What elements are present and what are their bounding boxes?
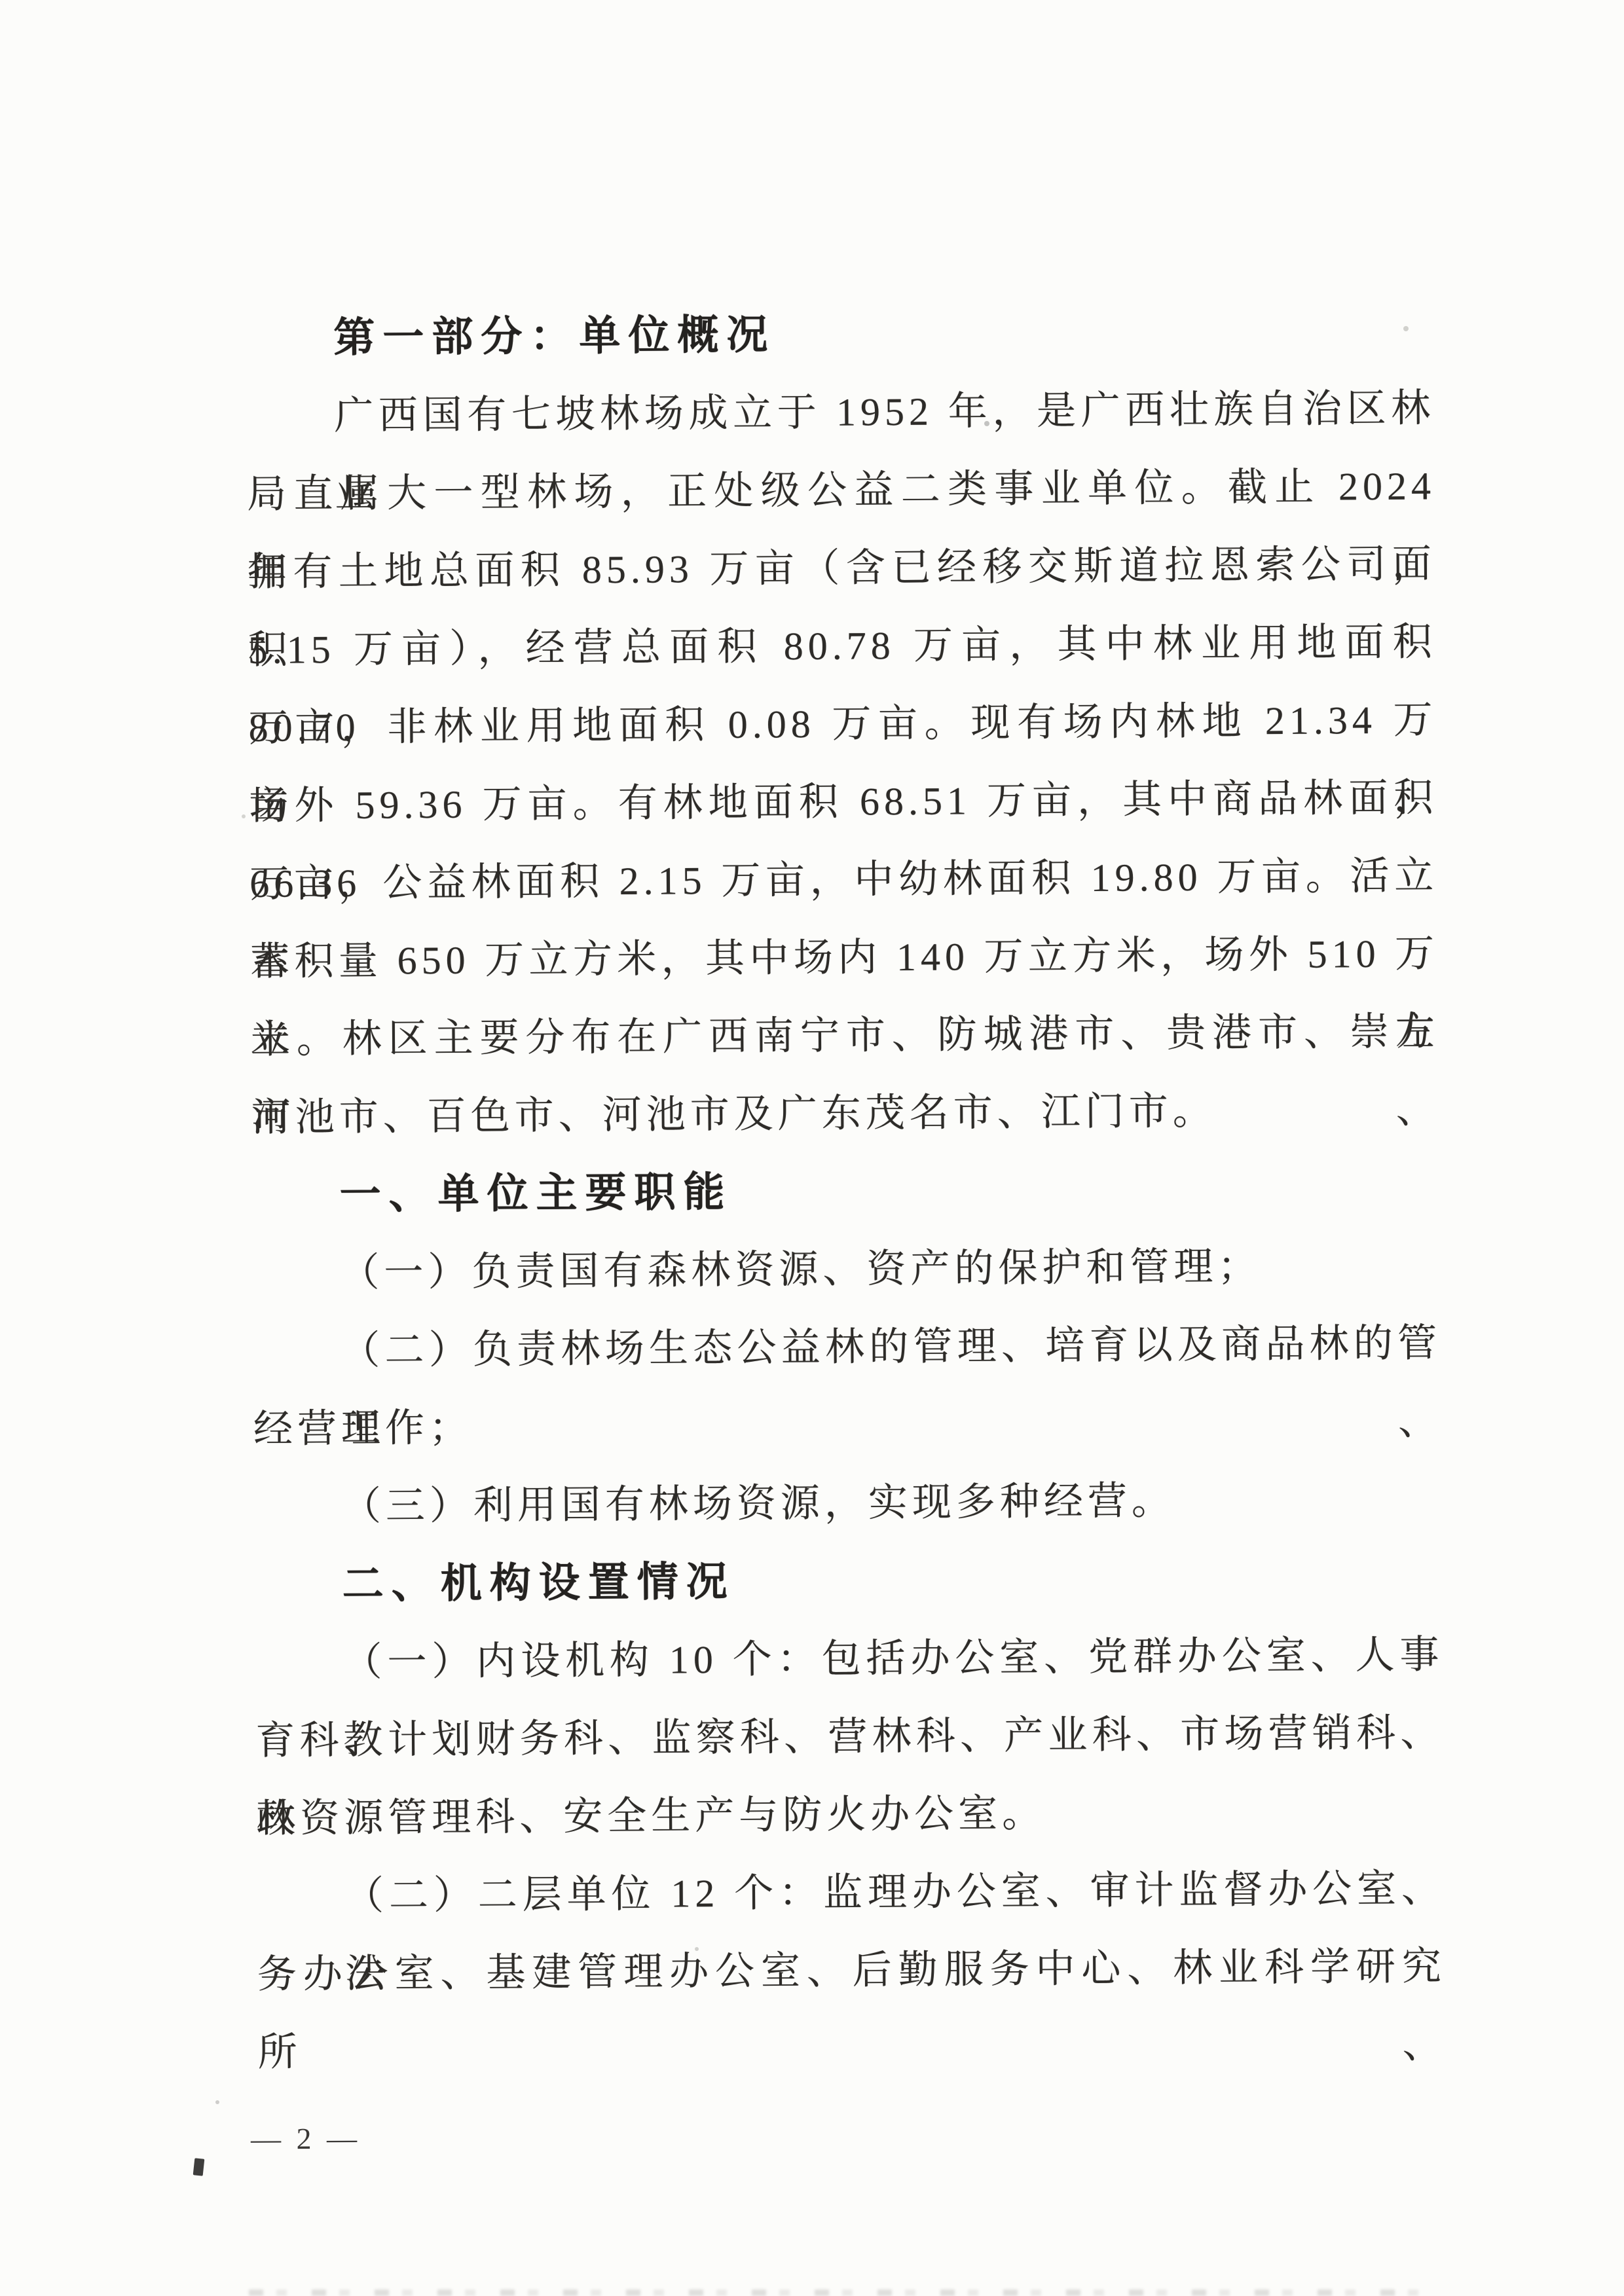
text-line: （三）利用国有林场资源，实现多种经营。 bbox=[253, 1460, 1443, 1546]
text-line: （二）二层单位 12 个：监理办公室、审计监督办公室、法 bbox=[257, 1850, 1446, 1936]
text-line: 广西国有七坡林场成立于 1952 年，是广西壮族自治区林业 bbox=[246, 369, 1435, 456]
text-line: 米。林区主要分布在广西南宁市、防城港市、贵港市、崇左市、 bbox=[250, 993, 1439, 1079]
text-line: （二）负责林场生态公益林的管理、培育以及商品林的管理、 bbox=[253, 1304, 1442, 1391]
text-line: 育科、计划财务科、监察科、营林科、产业科、市场营销科、林 bbox=[255, 1694, 1445, 1780]
scan-speck-artifacts bbox=[0, 0, 3, 3]
section-heading: 一、单位主要职能 bbox=[251, 1148, 1441, 1235]
text-line: 政资源管理科、安全生产与防火办公室。 bbox=[256, 1772, 1445, 1858]
text-line: 万亩，非林业用地面积 0.08 万亩。现有场内林地 21.34 万亩， bbox=[248, 681, 1437, 767]
bleed-through-artifact bbox=[249, 2289, 1428, 2296]
document-body: 第一部分：单位概况广西国有七坡林场成立于 1952 年，是广西壮族自治区林业局直… bbox=[246, 291, 1446, 2014]
text-line: （一）内设机构 10 个：包括办公室、党群办公室、人事教 bbox=[255, 1616, 1444, 1702]
text-line: 局直属大一型林场，正处级公益二类事业单位。截止 2024 年， bbox=[247, 447, 1436, 534]
text-line: 万亩，公益林面积 2.15 万亩，中幼林面积 19.80 万亩。活立木 bbox=[249, 837, 1439, 923]
text-line: 蓄积量 650 万立方米，其中场内 140 万立方米，场外 510 万立方 bbox=[250, 915, 1439, 1001]
text-line: （一）负责国有森林资源、资产的保护和管理； bbox=[252, 1226, 1441, 1313]
section-heading: 第一部分：单位概况 bbox=[246, 291, 1435, 378]
ink-smudge bbox=[193, 2158, 205, 2176]
text-line: 务办公室、基建管理办公室、后勤服务中心、林业科学研究所、 bbox=[257, 1927, 1446, 2014]
text-line: 场外 59.36 万亩。有林地面积 68.51 万亩，其中商品林面积 66.36 bbox=[249, 759, 1438, 845]
section-heading: 二、机构设置情况 bbox=[254, 1538, 1443, 1624]
text-line: 拥有土地总面积 85.93 万亩（含已经移交斯道拉恩索公司面积 bbox=[247, 525, 1436, 611]
page-number: — 2 — bbox=[251, 2121, 361, 2157]
scanned-page: 第一部分：单位概况广西国有七坡林场成立于 1952 年，是广西壮族自治区林业局直… bbox=[0, 0, 1624, 2296]
text-line: 5.15 万亩），经营总面积 80.78 万亩，其中林业用地面积 80.70 bbox=[248, 603, 1437, 689]
